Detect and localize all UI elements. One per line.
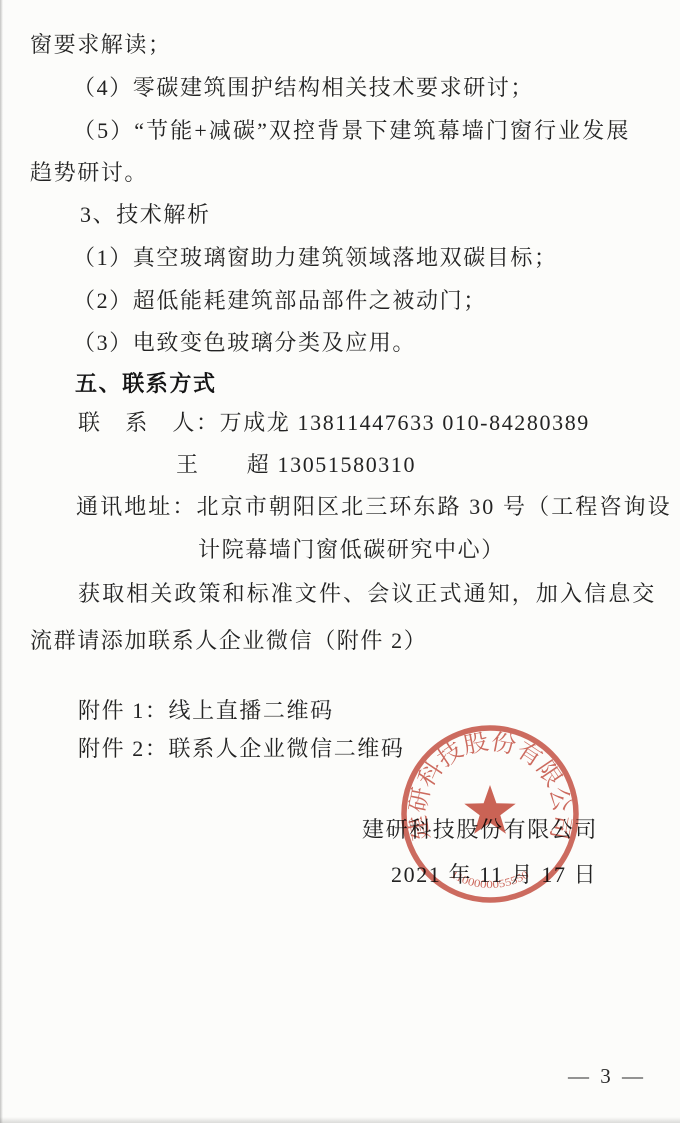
list-item: （4）零碳建筑围护结构相关技术要求研讨； <box>73 73 534 103</box>
paragraph-line: 窗要求解读； <box>30 30 172 60</box>
paragraph-line: 获取相关政策和标准文件、会议正式通知，加入信息交 <box>78 579 656 609</box>
seal-star-icon <box>464 785 515 834</box>
attachment-line: 附件 1：线上直播二维码 <box>78 696 334 726</box>
list-item: （2）超低能耗建筑部品部件之被动门； <box>73 286 487 316</box>
list-item: （5）“节能+减碳”双控背景下建筑幕墙门窗行业发展 <box>73 116 630 146</box>
contact-person-line: 联 系 人：万成龙 13811447633 010-84280389 <box>78 408 590 438</box>
paragraph-line: 流群请添加联系人企业微信（附件 2） <box>30 626 427 656</box>
address-line: 通讯地址：北京市朝阳区北三环东路 30 号（工程咨询设 <box>76 492 672 522</box>
list-item: （3）电致变色玻璃分类及应用。 <box>73 328 416 358</box>
company-seal: 建研科技股份有限公司 1100000055550 <box>395 719 585 909</box>
address-line: 计院幕墙门窗低碳研究中心） <box>198 535 505 565</box>
subsection-heading: 3、技术解析 <box>80 200 211 230</box>
page-number: — 3 — <box>568 1064 646 1089</box>
document-page: 窗要求解读； （4）零碳建筑围护结构相关技术要求研讨； （5）“节能+减碳”双控… <box>0 0 680 1123</box>
section-heading: 五、联系方式 <box>75 369 217 399</box>
seal-registration-code: 1100000055550 <box>448 868 531 891</box>
attachment-line: 附件 2：联系人企业微信二维码 <box>78 734 405 764</box>
paragraph-line: 趋势研讨。 <box>30 158 148 188</box>
list-item: （1）真空玻璃窗助力建筑领域落地双碳目标； <box>73 243 558 273</box>
contact-person-line: 王 超 13051580310 <box>176 450 416 480</box>
